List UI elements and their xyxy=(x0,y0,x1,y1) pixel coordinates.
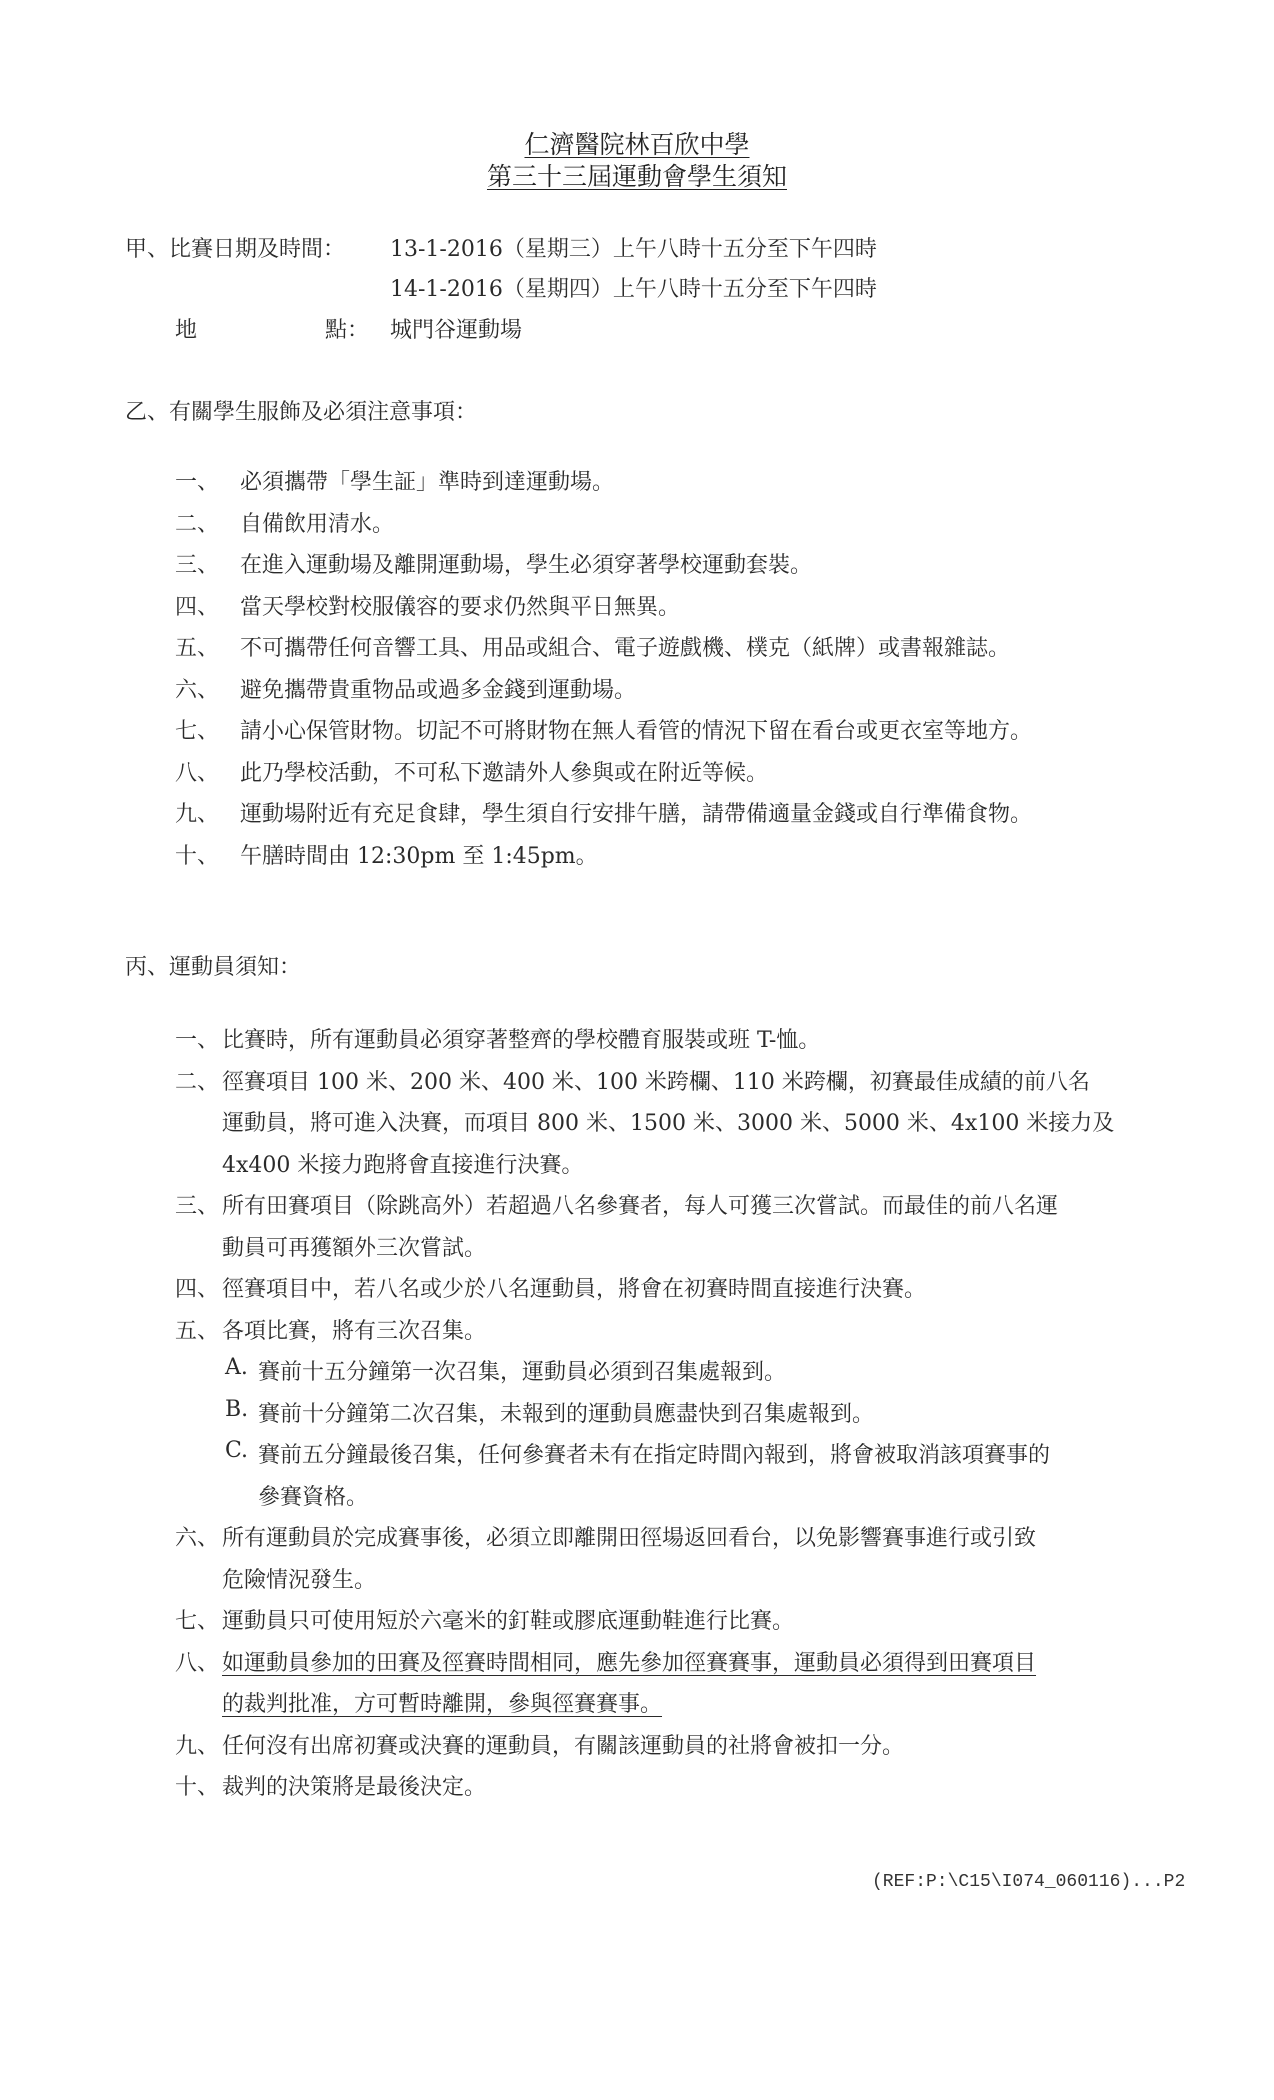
list-item: 所有運動員於完成賽事後，必須立即離開田徑場返回看台，以免影響賽事進行或引致 xyxy=(222,1521,1036,1552)
list-item-number: 二、 xyxy=(175,507,219,538)
list-item-number: 八、 xyxy=(175,756,219,787)
list-item-number: 八、 xyxy=(175,1646,219,1677)
list-item-number: 五、 xyxy=(175,1314,219,1345)
list-item: 所有田賽項目（除跳高外）若超過八名參賽者，每人可獲三次嘗試。而最佳的前八名運 xyxy=(222,1189,1058,1220)
list-item-number: 十、 xyxy=(175,839,219,870)
list-item-continuation: 動員可再獲額外三次嘗試。 xyxy=(222,1231,486,1262)
list-item-number: 十、 xyxy=(175,1770,219,1801)
list-item-number: 四、 xyxy=(175,590,219,621)
list-item: 任何沒有出席初賽或決賽的運動員，有關該運動員的社將會被扣一分。 xyxy=(222,1729,904,1760)
list-item: 不可攜帶任何音響工具、用品或組合、電子遊戲機、樸克（紙牌）或書報雜誌。 xyxy=(240,631,1010,662)
list-item-continuation: 運動員，將可進入決賽，而項目 800 米、1500 米、3000 米、5000 … xyxy=(222,1106,1114,1137)
list-item-number: 一、 xyxy=(175,465,219,496)
section-c-label: 丙、運動員須知： xyxy=(125,950,301,981)
list-item-number: 四、 xyxy=(175,1272,219,1303)
list-item-underlined: 如運動員參加的田賽及徑賽時間相同，應先參加徑賽賽事，運動員必須得到田賽項目 xyxy=(222,1646,1036,1677)
list-item: 午膳時間由 12:30pm 至 1:45pm。 xyxy=(240,839,598,870)
school-name: 仁濟醫院林百欣中學 xyxy=(0,125,1274,161)
list-item: 運動場附近有充足食肆，學生須自行安排午膳，請帶備適量金錢或自行準備食物。 xyxy=(240,797,1032,828)
list-item: 各項比賽，將有三次召集。 xyxy=(222,1314,486,1345)
section-b-label: 乙、有關學生服飾及必須注意事項： xyxy=(125,395,477,426)
list-item: 自備飲用清水。 xyxy=(240,507,394,538)
section-a-label: 甲、比賽日期及時間： xyxy=(125,232,345,263)
list-item: 在進入運動場及離開運動場，學生必須穿著學校運動套裝。 xyxy=(240,548,812,579)
list-item: 當天學校對校服儀容的要求仍然與平日無異。 xyxy=(240,590,680,621)
list-item-underlined-continuation: 的裁判批准，方可暫時離開，參與徑賽賽事。 xyxy=(222,1687,662,1718)
list-item: 此乃學校活動，不可私下邀請外人參與或在附近等候。 xyxy=(240,756,768,787)
list-item: 運動員只可使用短於六毫米的釘鞋或膠底運動鞋進行比賽。 xyxy=(222,1604,794,1635)
venue-label-2: 點： xyxy=(325,313,369,344)
sub-item-letter: B. xyxy=(225,1397,248,1422)
list-item-number: 三、 xyxy=(175,1189,219,1220)
list-item-number: 五、 xyxy=(175,631,219,662)
list-item-number: 七、 xyxy=(175,1604,219,1635)
venue-value: 城門谷運動場 xyxy=(390,313,522,344)
list-item-number: 七、 xyxy=(175,714,219,745)
date-line-1: 13-1-2016（星期三）上午八時十五分至下午四時 xyxy=(390,232,877,263)
sub-item: 賽前十五分鐘第一次召集，運動員必須到召集處報到。 xyxy=(258,1355,786,1386)
list-item: 徑賽項目中，若八名或少於八名運動員，將會在初賽時間直接進行決賽。 xyxy=(222,1272,926,1303)
list-item-continuation: 4x400 米接力跑將會直接進行決賽。 xyxy=(222,1148,583,1179)
list-item-continuation: 危險情況發生。 xyxy=(222,1563,376,1594)
sub-item-continuation: 參賽資格。 xyxy=(258,1480,368,1511)
list-item: 裁判的決策將是最後決定。 xyxy=(222,1770,486,1801)
list-item-number: 二、 xyxy=(175,1065,219,1096)
sub-item-letter: C. xyxy=(225,1438,248,1463)
date-line-2: 14-1-2016（星期四）上午八時十五分至下午四時 xyxy=(390,272,877,303)
list-item: 請小心保管財物。切記不可將財物在無人看管的情況下留在看台或更衣室等地方。 xyxy=(240,714,1032,745)
list-item: 徑賽項目 100 米、200 米、400 米、100 米跨欄、110 米跨欄，初… xyxy=(222,1065,1090,1096)
list-item: 比賽時，所有運動員必須穿著整齊的學校體育服裝或班 T-恤。 xyxy=(222,1023,820,1054)
document-title: 第三十三屆運動會學生須知 xyxy=(0,157,1274,193)
sub-item-letter: A. xyxy=(225,1355,248,1380)
sub-item: 賽前五分鐘最後召集，任何參賽者未有在指定時間內報到，將會被取消該項賽事的 xyxy=(258,1438,1050,1469)
list-item: 必須攜帶「學生証」準時到達運動場。 xyxy=(240,465,614,496)
list-item-number: 九、 xyxy=(175,1729,219,1760)
list-item-number: 九、 xyxy=(175,797,219,828)
list-item-number: 六、 xyxy=(175,1521,219,1552)
list-item-number: 六、 xyxy=(175,673,219,704)
venue-label-1: 地 xyxy=(175,313,197,344)
list-item-number: 三、 xyxy=(175,548,219,579)
list-item-number: 一、 xyxy=(175,1023,219,1054)
document-reference: (REF:P:\C15\I074_060116)...P2 xyxy=(872,1872,1185,1892)
sub-item: 賽前十分鐘第二次召集，未報到的運動員應盡快到召集處報到。 xyxy=(258,1397,874,1428)
list-item: 避免攜帶貴重物品或過多金錢到運動場。 xyxy=(240,673,636,704)
